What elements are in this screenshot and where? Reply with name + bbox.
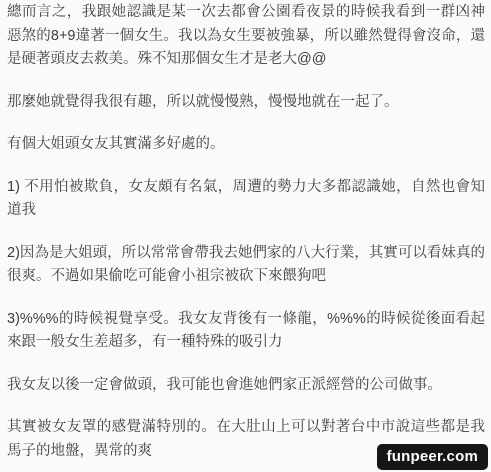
post-content: 總而言之，我跟她認識是某一次去都會公園看夜景的時候我看到一群凶神惡煞的8+9違著… [0, 0, 491, 463]
paragraph-benefit-1: 1) 不用怕被欺負，女友頗有名氣，周遭的勢力大多都認識她，自然也會知道我 [7, 176, 485, 223]
paragraph-benefit-2: 2)因為是大姐頭，所以常常會帶我去她們家的八大行業，其實可以看妹真的很爽。不過如… [7, 242, 485, 289]
paragraph-benefit-3: 3)%%%的時候視覺享受。我女友背後有一條龍，%%%的時候從後面看起來跟一般女生… [7, 308, 485, 355]
paragraph-future: 我女友以後一定會做頭，我可能也會進她們家正派經營的公司做事。 [7, 374, 485, 398]
watermark-label: funpeer.com [387, 448, 478, 465]
paragraph-together: 那麼她就覺得我很有趣，所以就慢慢熟，慢慢地就在一起了。 [7, 91, 485, 115]
paragraph-intro: 總而言之，我跟她認識是某一次去都會公園看夜景的時候我看到一群凶神惡煞的8+9違著… [7, 1, 485, 72]
watermark-badge: funpeer.com [377, 444, 488, 470]
paragraph-benefits-heading: 有個大姐頭女友其實滿多好處的。 [7, 133, 485, 157]
